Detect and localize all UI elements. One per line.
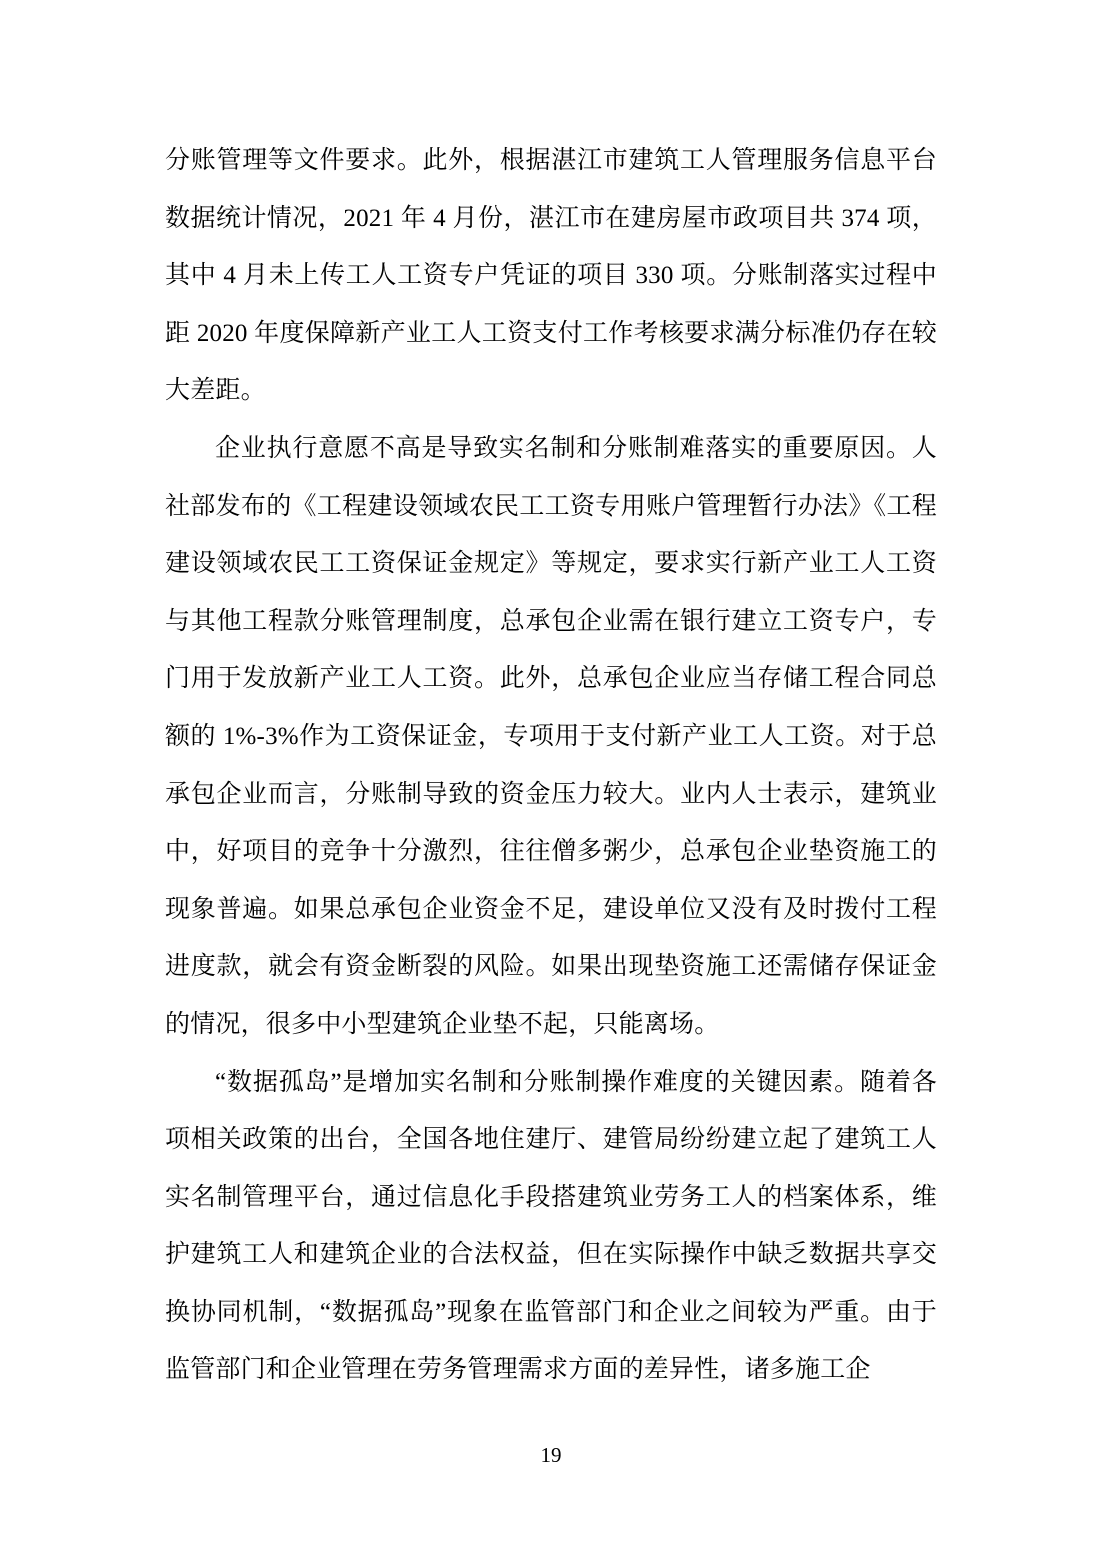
paragraph-3: “数据孤岛”是增加实名制和分账制操作难度的关键因素。随着各项相关政策的出台，全国…	[165, 1054, 937, 1400]
paragraph-1: 分账管理等文件要求。此外，根据湛江市建筑工人管理服务信息平台数据统计情况，202…	[165, 132, 937, 420]
page-number: 19	[0, 1441, 1102, 1469]
document-page: 分账管理等文件要求。此外，根据湛江市建筑工人管理服务信息平台数据统计情况，202…	[0, 0, 1102, 1559]
paragraph-2: 企业执行意愿不高是导致实名制和分账制难落实的重要原因。人社部发布的《工程建设领域…	[165, 420, 937, 1054]
page-body-text: 分账管理等文件要求。此外，根据湛江市建筑工人管理服务信息平台数据统计情况，202…	[165, 132, 937, 1399]
